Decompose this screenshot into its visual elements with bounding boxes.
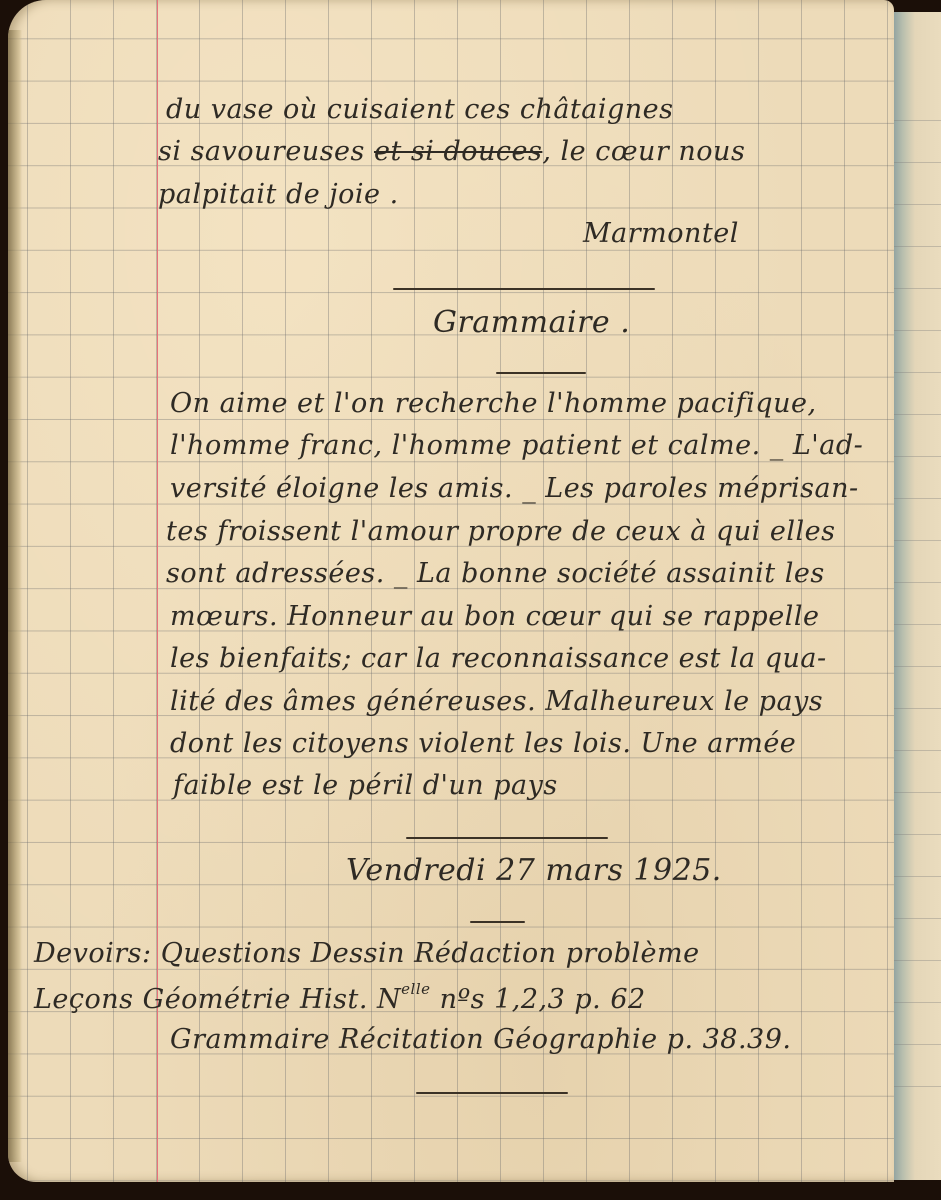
devoirs-items: Questions Dessin Rédaction problème [161, 938, 700, 969]
dictation-line-3: palpitait de joie . [158, 181, 399, 208]
grammar-line-5: sont adressées. _ La bonne société assai… [166, 560, 825, 587]
grammar-line-4: tes froissent l'amour propre de ceux à q… [166, 518, 835, 545]
struck-out-text: et si douces [374, 136, 542, 167]
dictation-line-2: si savoureuses et si douces, le cœur nou… [158, 138, 745, 165]
grammar-line-1: On aime et l'on recherche l'homme pacifi… [170, 390, 817, 417]
assignments-lecons-row-2: Grammaire Récitation Géographie p. 38.39… [170, 1026, 792, 1053]
dictation-line-1: du vase où cuisaient ces châtaignes [166, 96, 674, 123]
lecons-label: Leçons [34, 984, 134, 1015]
section-divider [393, 288, 655, 290]
binding-edge [8, 30, 22, 1162]
grammar-line-9: dont les citoyens violent les lois. Une … [170, 730, 796, 757]
author-signature: Marmontel [583, 220, 739, 247]
next-page-edge [893, 12, 941, 1180]
section-divider-3 [416, 1092, 568, 1094]
grammar-line-3: versité éloigne les amis. _ Les paroles … [170, 475, 859, 502]
section-divider-2 [406, 837, 608, 839]
entry-date: Vendredi 27 mars 1925. [346, 856, 722, 886]
lecons-row-1b: nºs 1,2,3 p. 62 [431, 984, 646, 1015]
grammar-line-8: lité des âmes généreuses. Malheureux le … [170, 688, 823, 715]
grammar-line-10: faible est le péril d'un pays [173, 772, 558, 799]
grammar-heading: Grammaire . [433, 308, 630, 338]
notebook-page: du vase où cuisaient ces châtaignes si s… [8, 0, 894, 1182]
dictation-line-2-start: si savoureuses [158, 136, 365, 167]
assignments-lecons: Leçons Géométrie Hist. Nelle nºs 1,2,3 p… [34, 982, 646, 1013]
dictation-line-2-end: , le cœur nous [542, 136, 745, 167]
grammar-line-2: l'homme franc, l'homme patient et calme.… [170, 432, 863, 459]
lecons-row-1a: Géométrie Hist. N [143, 984, 402, 1015]
lecons-row-1-superscript: elle [401, 980, 430, 998]
devoirs-label: Devoirs: [34, 938, 152, 969]
heading-underline [496, 372, 586, 374]
grammar-line-7: les bienfaits; car la reconnaissance est… [170, 645, 827, 672]
assignments-devoirs: Devoirs: Questions Dessin Rédaction prob… [34, 940, 700, 967]
grammar-line-6: mœurs. Honneur au bon cœur qui se rappel… [170, 603, 819, 630]
date-underline [470, 921, 525, 923]
